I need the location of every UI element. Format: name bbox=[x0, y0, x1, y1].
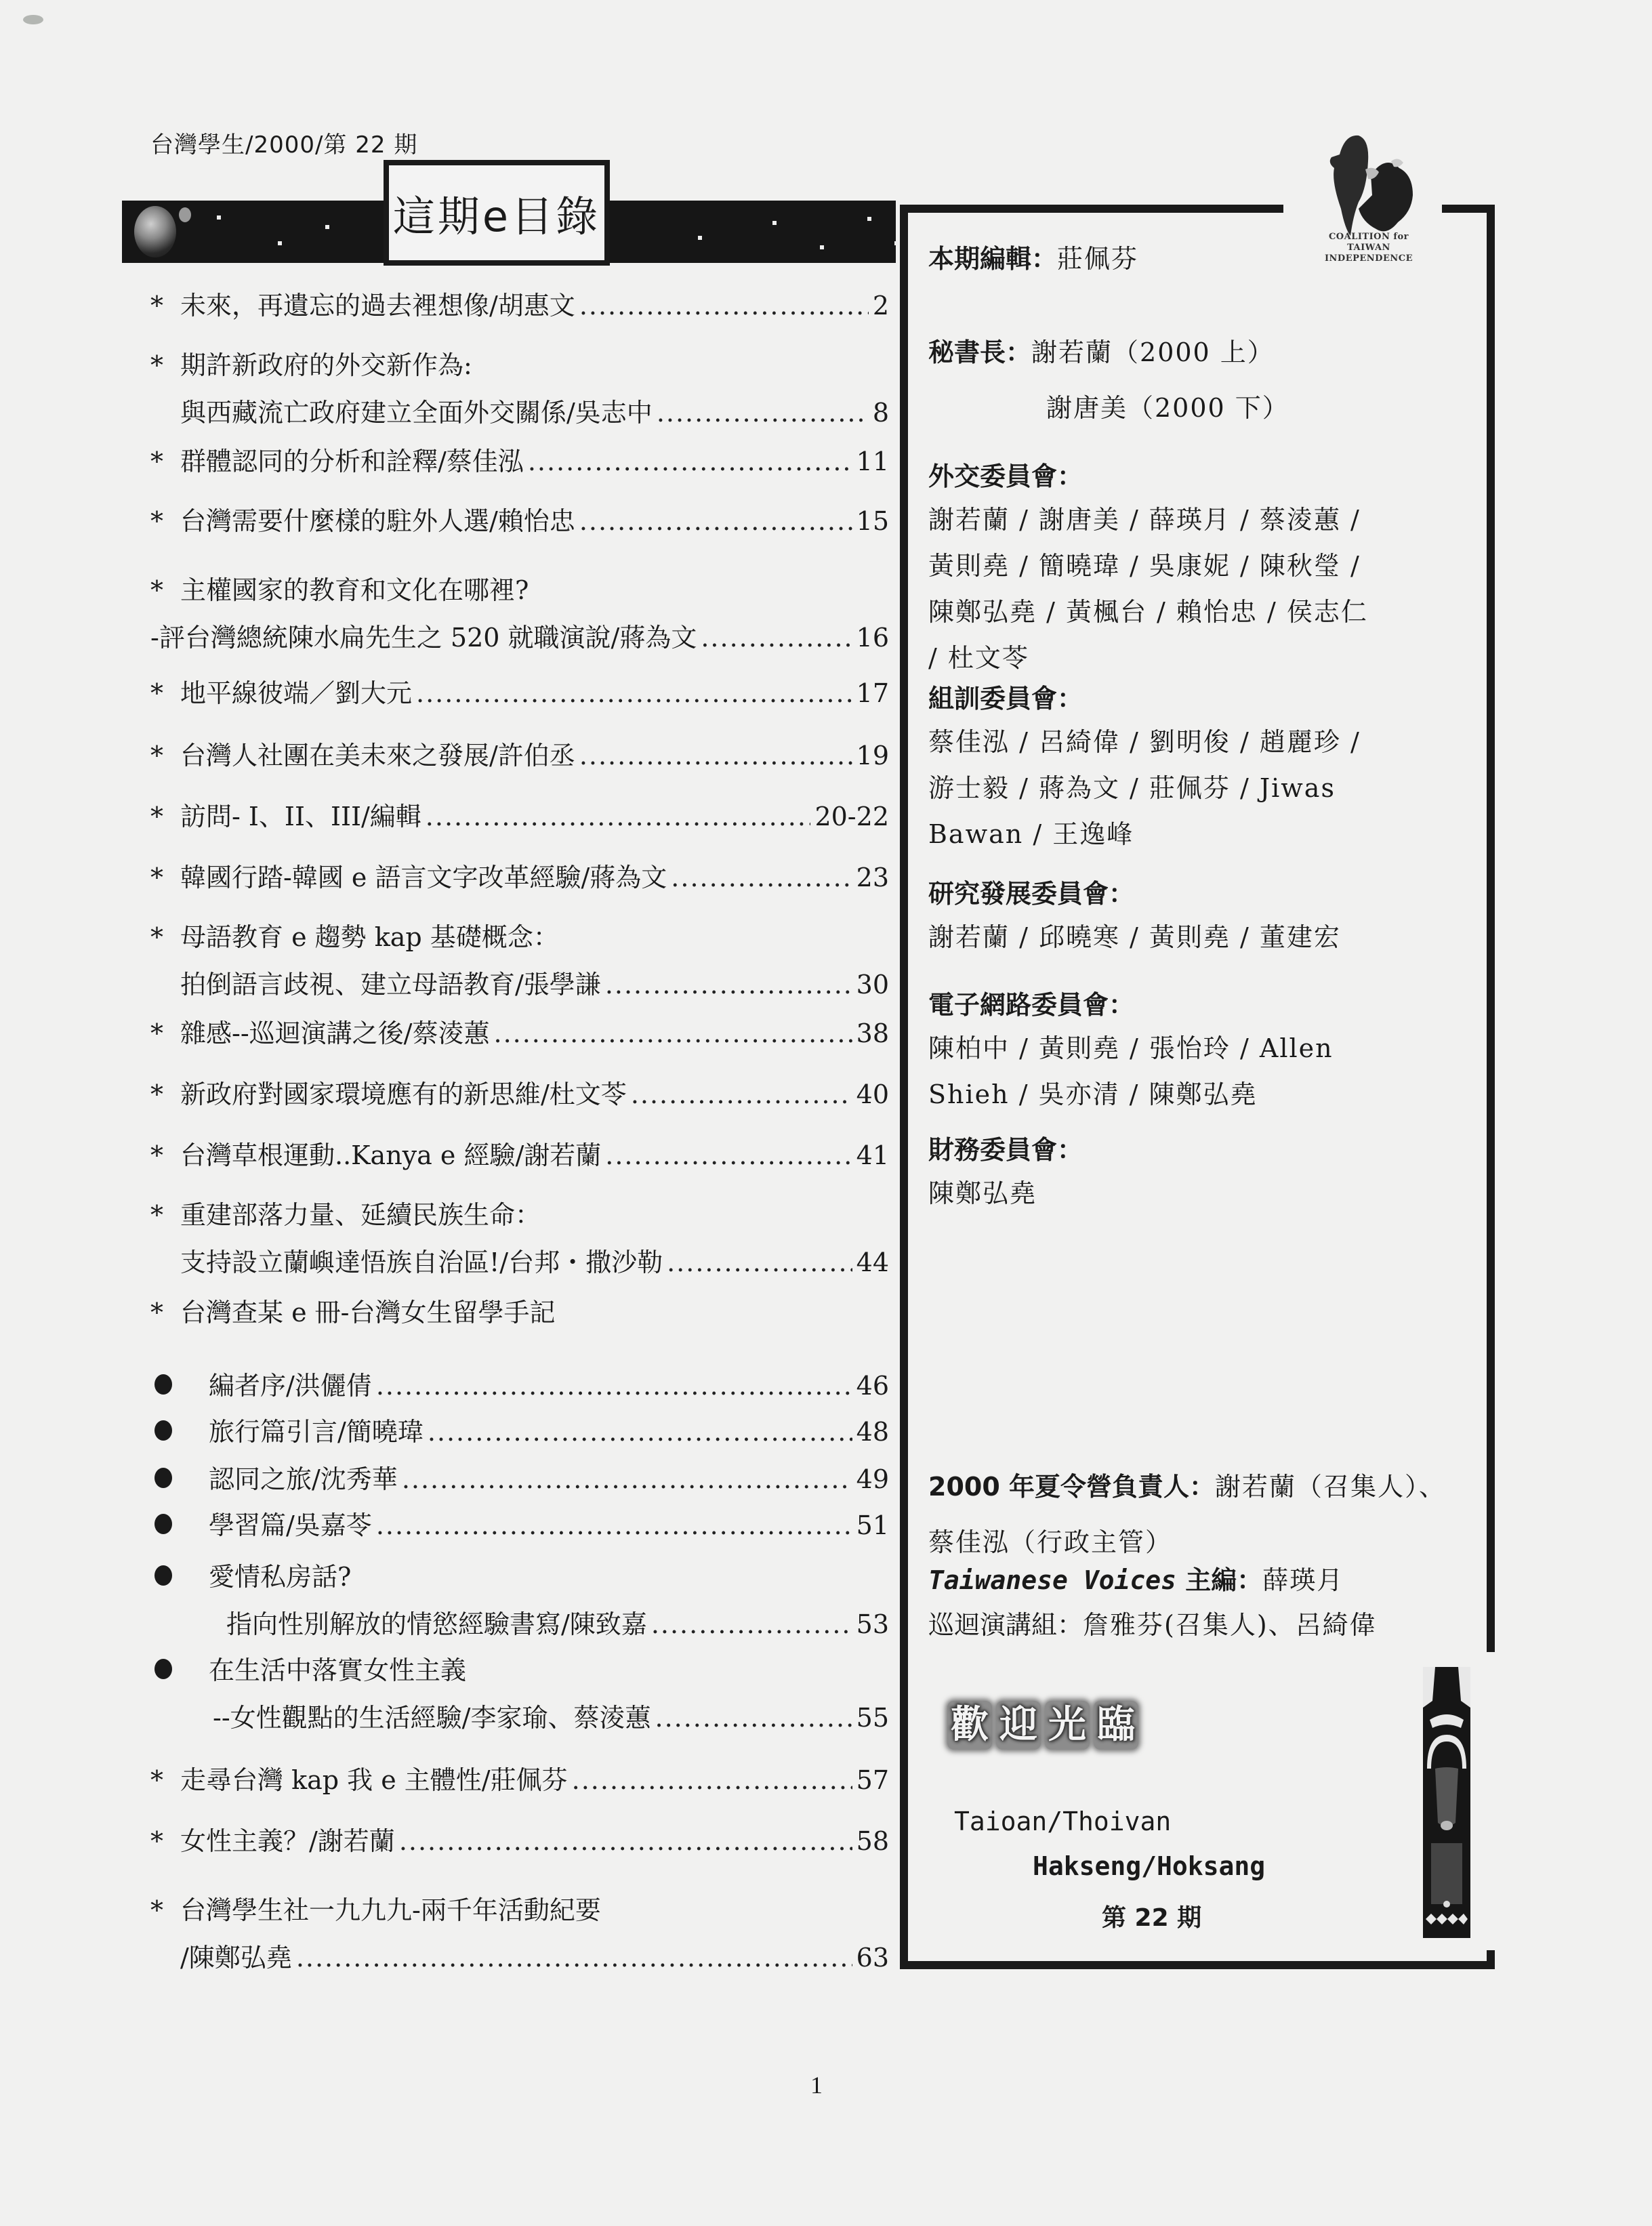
toc-entry-title: 女性主義？/謝若蘭 bbox=[180, 1820, 395, 1857]
editor-line: 本期編輯：莊佩芬 bbox=[928, 236, 1138, 282]
dot-leader bbox=[655, 1703, 852, 1733]
toc-page-number: 8 bbox=[873, 398, 889, 428]
dot-leader bbox=[579, 741, 852, 770]
moon-icon bbox=[179, 207, 191, 222]
dot-leader bbox=[631, 1079, 852, 1109]
logo-caption: COALITION for TAIWAN INDEPENDENCE bbox=[1310, 232, 1427, 264]
toc-entry-title: 學習篇/吳嘉苓 bbox=[209, 1504, 372, 1542]
toc-page-number: 20-22 bbox=[814, 802, 889, 831]
committee-title: 組訓委員會： bbox=[928, 678, 1361, 715]
toc-page-number: 44 bbox=[856, 1248, 889, 1277]
dot-leader bbox=[651, 1609, 852, 1639]
toc-entry-title: 愛情私房話? bbox=[209, 1556, 351, 1593]
asterisk-bullet-icon: * bbox=[150, 291, 180, 321]
toc-entry[interactable]: *走尋台灣 kap 我 e 主體性/莊佩芬57 bbox=[150, 1759, 889, 1798]
toc-entry[interactable]: *母語教育 e 趨勢 kap 基礎概念：拍倒語言歧視、建立母語教育/張學謙30 bbox=[150, 916, 889, 1003]
bullet-icon bbox=[154, 1374, 172, 1395]
toc-page-number: 46 bbox=[856, 1371, 889, 1401]
toc-entry[interactable]: 認同之旅/沈秀華49 bbox=[150, 1458, 889, 1498]
scan-smudge bbox=[23, 15, 43, 24]
toc-entry-title: 編者序/洪儷倩 bbox=[209, 1365, 372, 1402]
toc-entry[interactable]: *未來，再遺忘的過去裡想像/胡惠文2 bbox=[150, 285, 889, 324]
toc-page-number: 55 bbox=[856, 1703, 889, 1733]
asterisk-bullet-icon: * bbox=[150, 863, 180, 892]
toc-entry[interactable]: *台灣需要什麼樣的駐外人選/賴怡忠15 bbox=[150, 500, 889, 539]
toc-entry-title: 新政府對國家環境應有的新思維/杜文苓 bbox=[180, 1073, 627, 1111]
committee-members: 黃則堯 / 簡曉瑋 / 吳康妮 / 陳秋瑩 / bbox=[928, 543, 1368, 589]
committee-members: 陳鄭弘堯 bbox=[928, 1170, 1083, 1216]
romanization-line-1: Taioan/Thoivan bbox=[954, 1807, 1171, 1836]
toc-entry[interactable]: 編者序/洪儷倩46 bbox=[150, 1365, 889, 1404]
toc-entry[interactable]: *雜感--巡迴演講之後/蔡淩蕙38 bbox=[150, 1012, 889, 1052]
toc-page-number: 15 bbox=[856, 506, 889, 536]
toc-entry[interactable]: *台灣學生社一九九九-兩千年活動紀要/陳鄭弘堯63 bbox=[150, 1889, 889, 1976]
dot-leader bbox=[701, 623, 852, 653]
toc-entry[interactable]: 愛情私房話?指向性別解放的情慾經驗書寫/陳致嘉53 bbox=[150, 1556, 889, 1643]
toc-page-number: 17 bbox=[856, 678, 889, 708]
aboriginal-totem-image-icon bbox=[1423, 1667, 1470, 1938]
dot-leader bbox=[296, 1943, 852, 1973]
toc-entry-title: 主權國家的教育和文化在哪裡? bbox=[180, 569, 529, 606]
dot-leader bbox=[671, 863, 852, 892]
asterisk-bullet-icon: * bbox=[150, 1200, 180, 1230]
toc-entry-title: 台灣草根運動..Kanya e 經驗/謝若蘭 bbox=[180, 1134, 601, 1172]
toc-page-number: 40 bbox=[856, 1079, 889, 1109]
bullet-icon bbox=[154, 1468, 172, 1488]
toc-page-number: 49 bbox=[856, 1464, 889, 1494]
toc-page-number: 23 bbox=[856, 863, 889, 892]
finance-committee: 財務委員會：陳鄭弘堯 bbox=[928, 1046, 1083, 1216]
dot-leader bbox=[572, 1765, 852, 1795]
committee-title: 電子網路委員會： bbox=[928, 984, 1334, 1021]
dot-leader bbox=[579, 291, 869, 321]
toc-page-number: 57 bbox=[856, 1765, 889, 1795]
dot-leader bbox=[402, 1464, 852, 1494]
dot-leader bbox=[416, 678, 852, 708]
toc-page-number: 63 bbox=[856, 1943, 889, 1973]
dot-leader bbox=[376, 1510, 852, 1540]
toc-entry-title: 走尋台灣 kap 我 e 主體性/莊佩芬 bbox=[180, 1759, 568, 1796]
box-border bbox=[900, 205, 1283, 213]
toc-entry-title: --女性觀點的生活經驗/李家瑜、蔡淩蕙 bbox=[213, 1697, 651, 1734]
asterisk-bullet-icon: * bbox=[150, 802, 180, 831]
asterisk-bullet-icon: * bbox=[150, 350, 180, 380]
toc-entry-title: -評台灣總統陳水扁先生之 520 就職演說/蔣為文 bbox=[150, 617, 697, 654]
toc-entry[interactable]: *群體認同的分析和詮釋/蔡佳泓11 bbox=[150, 440, 889, 480]
toc-entry-title: 期許新政府的外交新作為: bbox=[180, 344, 472, 382]
toc-entry[interactable]: 學習篇/吳嘉苓51 bbox=[150, 1504, 889, 1544]
bullet-icon bbox=[154, 1659, 172, 1679]
toc-entry[interactable]: *期許新政府的外交新作為:與西藏流亡政府建立全面外交關係/吳志中8 bbox=[150, 344, 889, 431]
issue-header: 台灣學生/2000/第 22 期 bbox=[150, 126, 417, 159]
toc-entry[interactable]: *新政府對國家環境應有的新思維/杜文苓40 bbox=[150, 1073, 889, 1113]
taiwanese-voices-line: Taiwanese Voices 主編：薛瑛月 bbox=[928, 1557, 1344, 1603]
toc-entry-title: 訪問- I、II、III/編輯 bbox=[180, 796, 421, 833]
toc-entry[interactable]: *台灣人社團在美未來之發展/許伯丞19 bbox=[150, 735, 889, 774]
toc-page-number: 16 bbox=[856, 623, 889, 653]
asterisk-bullet-icon: * bbox=[150, 1018, 180, 1048]
toc-entry-title: 與西藏流亡政府建立全面外交關係/吳志中 bbox=[180, 392, 653, 429]
dot-leader bbox=[579, 506, 852, 536]
dot-leader bbox=[657, 398, 869, 428]
toc-entry[interactable]: *訪問- I、II、III/編輯20-22 bbox=[150, 796, 889, 835]
toc-entry-title: /陳鄭弘堯 bbox=[180, 1937, 292, 1974]
toc-entry-title: 地平線彼端／劉大元 bbox=[180, 672, 412, 709]
toc-page-number: 11 bbox=[856, 447, 889, 476]
committee-title: 外交委員會： bbox=[928, 455, 1368, 493]
toc-page-number: 2 bbox=[873, 291, 889, 321]
toc-entry[interactable]: 旅行篇引言/簡曉瑋48 bbox=[150, 1411, 889, 1450]
toc-title: 這期e目錄 bbox=[384, 160, 610, 266]
asterisk-bullet-icon: * bbox=[150, 575, 180, 605]
toc-entry-title: 認同之旅/沈秀華 bbox=[209, 1458, 398, 1496]
toc-entry-title: 台灣查某 e 冊-台灣女生留學手記 bbox=[180, 1292, 556, 1329]
committee-members: 謝若蘭 / 謝唐美 / 薛瑛月 / 蔡淩蕙 / bbox=[928, 497, 1368, 543]
toc-entry-title: 台灣需要什麼樣的駐外人選/賴怡忠 bbox=[180, 500, 575, 537]
asterisk-bullet-icon: * bbox=[150, 506, 180, 536]
toc-entry-title: 未來，再遺忘的過去裡想像/胡惠文 bbox=[180, 285, 575, 322]
asterisk-bullet-icon: * bbox=[150, 1765, 180, 1795]
toc-entry-title: 指向性別解放的情慾經驗書寫/陳致嘉 bbox=[226, 1603, 647, 1641]
toc-entry[interactable]: *主權國家的教育和文化在哪裡?-評台灣總統陳水扁先生之 520 就職演說/蔣為文… bbox=[150, 569, 889, 656]
bullet-icon bbox=[154, 1565, 172, 1586]
toc-entry-title: 重建部落力量、延續民族生命： bbox=[180, 1194, 541, 1231]
toc-entry[interactable]: *台灣查某 e 冊-台灣女生留學手記 bbox=[150, 1292, 889, 1331]
asterisk-bullet-icon: * bbox=[150, 1298, 180, 1327]
dot-leader bbox=[605, 970, 852, 999]
toc-page-number: 58 bbox=[856, 1826, 889, 1856]
asterisk-bullet-icon: * bbox=[150, 741, 180, 770]
asterisk-bullet-icon: * bbox=[150, 1079, 180, 1109]
page-number: 1 bbox=[810, 2071, 823, 2099]
dot-leader bbox=[605, 1140, 852, 1170]
asterisk-bullet-icon: * bbox=[150, 1140, 180, 1170]
toc-entry[interactable]: *地平線彼端／劉大元17 bbox=[150, 672, 889, 712]
asterisk-bullet-icon: * bbox=[150, 1826, 180, 1856]
toc-entry-title: 群體認同的分析和詮釋/蔡佳泓 bbox=[180, 440, 524, 478]
asterisk-bullet-icon: * bbox=[150, 678, 180, 708]
toc-page-number: 41 bbox=[856, 1140, 889, 1170]
toc-entry[interactable]: *重建部落力量、延續民族生命：支持設立蘭嶼達悟族自治區!/台邦・撒沙勒44 bbox=[150, 1194, 889, 1281]
toc-entry-title: 拍倒語言歧視、建立母語教育/張學謙 bbox=[180, 964, 601, 1001]
dot-leader bbox=[376, 1371, 852, 1401]
bullet-icon bbox=[154, 1514, 172, 1534]
box-border bbox=[900, 1961, 1495, 1969]
committee-members: 蔡佳泓 / 呂綺偉 / 劉明俊 / 趙麗珍 / bbox=[928, 719, 1361, 765]
toc-entry-title: 母語教育 e 趨勢 kap 基礎概念： bbox=[180, 916, 559, 953]
toc-entry-title: 雜感--巡迴演講之後/蔡淩蕙 bbox=[180, 1012, 489, 1050]
toc-entry[interactable]: 在生活中落實女性主義--女性觀點的生活經驗/李家瑜、蔡淩蕙55 bbox=[150, 1649, 889, 1736]
box-border bbox=[1487, 205, 1495, 1652]
asterisk-bullet-icon: * bbox=[150, 447, 180, 476]
toc-entry-title: 旅行篇引言/簡曉瑋 bbox=[209, 1411, 424, 1448]
dot-leader bbox=[428, 1417, 852, 1447]
romanization-line-2: Hakseng/Hoksang bbox=[1033, 1851, 1265, 1881]
toc-entry[interactable]: *女性主義？/謝若蘭58 bbox=[150, 1820, 889, 1859]
dot-leader bbox=[426, 802, 811, 831]
toc-entry-title: 台灣學生社一九九九-兩千年活動紀要 bbox=[180, 1889, 601, 1926]
toc-entry-title: 在生活中落實女性主義 bbox=[209, 1649, 466, 1687]
planet-icon bbox=[134, 206, 176, 257]
toc-page-number: 48 bbox=[856, 1417, 889, 1447]
welcome-banner: 歡 迎 光 臨 bbox=[947, 1701, 1138, 1750]
toc-page-number: 19 bbox=[856, 741, 889, 770]
dot-leader bbox=[528, 447, 852, 476]
dot-leader bbox=[667, 1248, 852, 1277]
toc-entry-title: 支持設立蘭嶼達悟族自治區!/台邦・撒沙勒 bbox=[180, 1241, 663, 1279]
toc-entry-title: 韓國行踏-韓國 e 語言文字改革經驗/蔣為文 bbox=[180, 857, 667, 894]
box-border bbox=[900, 205, 908, 1969]
toc-page-number: 51 bbox=[856, 1510, 889, 1540]
toc-page-number: 30 bbox=[856, 970, 889, 999]
bullet-icon bbox=[154, 1420, 172, 1441]
toc-page-number: 38 bbox=[856, 1018, 889, 1048]
dot-leader bbox=[493, 1018, 852, 1048]
asterisk-bullet-icon: * bbox=[150, 922, 180, 952]
toc-entry[interactable]: *台灣草根運動..Kanya e 經驗/謝若蘭41 bbox=[150, 1134, 889, 1174]
dot-leader bbox=[399, 1826, 852, 1856]
toc-entry-title: 台灣人社團在美未來之發展/許伯丞 bbox=[180, 735, 575, 772]
issue-number: 第 22 期 bbox=[1102, 1899, 1201, 1933]
asterisk-bullet-icon: * bbox=[150, 1895, 180, 1925]
committee-title: 財務委員會： bbox=[928, 1129, 1083, 1166]
summer-camp-line: 2000 年夏令營負責人：謝若蘭（召集人）、 蔡佳泓（行政主管） bbox=[928, 1464, 1446, 1565]
toc-page-number: 53 bbox=[856, 1609, 889, 1639]
toc-entry[interactable]: *韓國行踏-韓國 e 語言文字改革經驗/蔣為文23 bbox=[150, 857, 889, 896]
lecture-tour-line: 巡迴演講組：詹雅芬(召集人)、呂綺偉 bbox=[928, 1602, 1377, 1648]
